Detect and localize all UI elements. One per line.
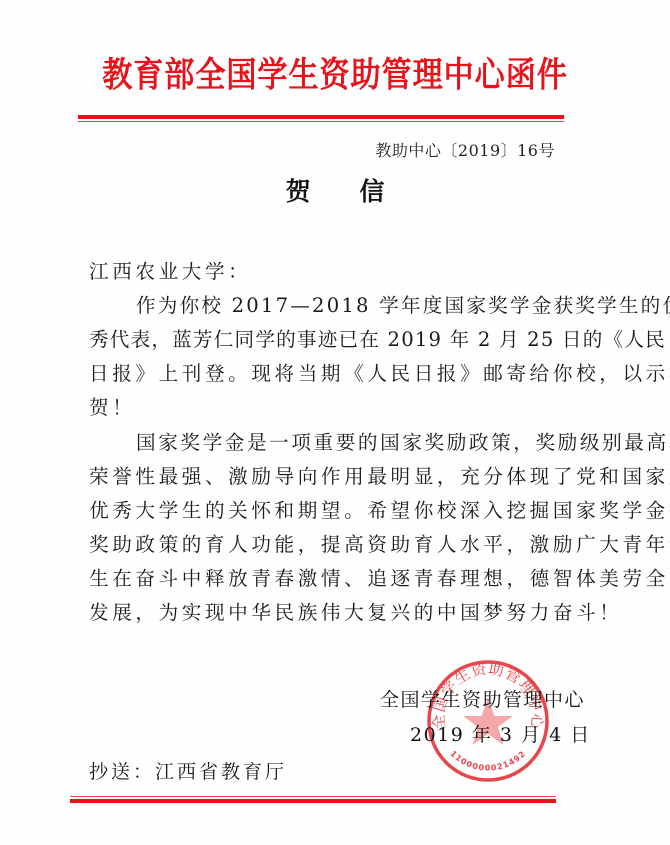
salutation: 江西农业大学： <box>89 259 559 285</box>
paragraph-2-line-5: 生在奋斗中释放青春激情、追逐青春理想，德智体美劳全面 <box>89 566 559 592</box>
paragraph-1-line-1: 作为你校 2017—2018 学年度国家奖学金获奖学生的优 <box>136 293 606 319</box>
letterhead-rule-thin <box>78 121 564 122</box>
footer-rule-thin <box>70 796 556 797</box>
signature-date: 2019 年 3 月 4 日 <box>410 723 591 747</box>
document-number: 教助中心〔2019〕16号 <box>375 140 555 162</box>
document-page: 教育部全国学生资助管理中心函件 教助中心〔2019〕16号 贺 信 江西农业大学… <box>0 0 670 845</box>
letterhead-rule-thick <box>78 115 564 119</box>
paragraph-2-line-6: 发展，为实现中华民族伟大复兴的中国梦努力奋斗！ <box>89 600 559 626</box>
svg-text:1100000021492: 1100000021492 <box>448 749 527 773</box>
paragraph-2-line-4: 奖助政策的育人功能，提高资助育人水平，激励广大青年学 <box>89 532 559 558</box>
signature-organization: 全国学生资助管理中心 <box>380 688 585 712</box>
official-seal-icon: 全国学生资助管理中心 1100000021492 <box>425 658 551 784</box>
paragraph-2-line-2: 荣誉性最强、激励导向作用最明显，充分体现了党和国家对 <box>89 464 559 490</box>
carbon-copy: 抄送：江西省教育厅 <box>89 760 287 784</box>
paragraph-1-line-4: 贺！ <box>89 395 559 421</box>
letterhead-title: 教育部全国学生资助管理中心函件 <box>10 53 660 98</box>
seal-serial-number: 1100000021492 <box>448 749 527 773</box>
document-title: 贺 信 <box>0 176 670 208</box>
footer-rule-thick <box>70 799 556 803</box>
paragraph-1-line-3: 日报》上刊登。现将当期《人民日报》邮寄给你校，以示祝 <box>89 361 559 387</box>
paragraph-1-line-2: 秀代表，蓝芳仁同学的事迹已在 2019 年 2 月 25 日的《人民 <box>89 327 559 353</box>
paragraph-2-line-1: 国家奖学金是一项重要的国家奖励政策，奖励级别最高、 <box>136 430 606 456</box>
paragraph-2-line-3: 优秀大学生的关怀和期望。希望你校深入挖掘国家奖学金等 <box>89 498 559 524</box>
